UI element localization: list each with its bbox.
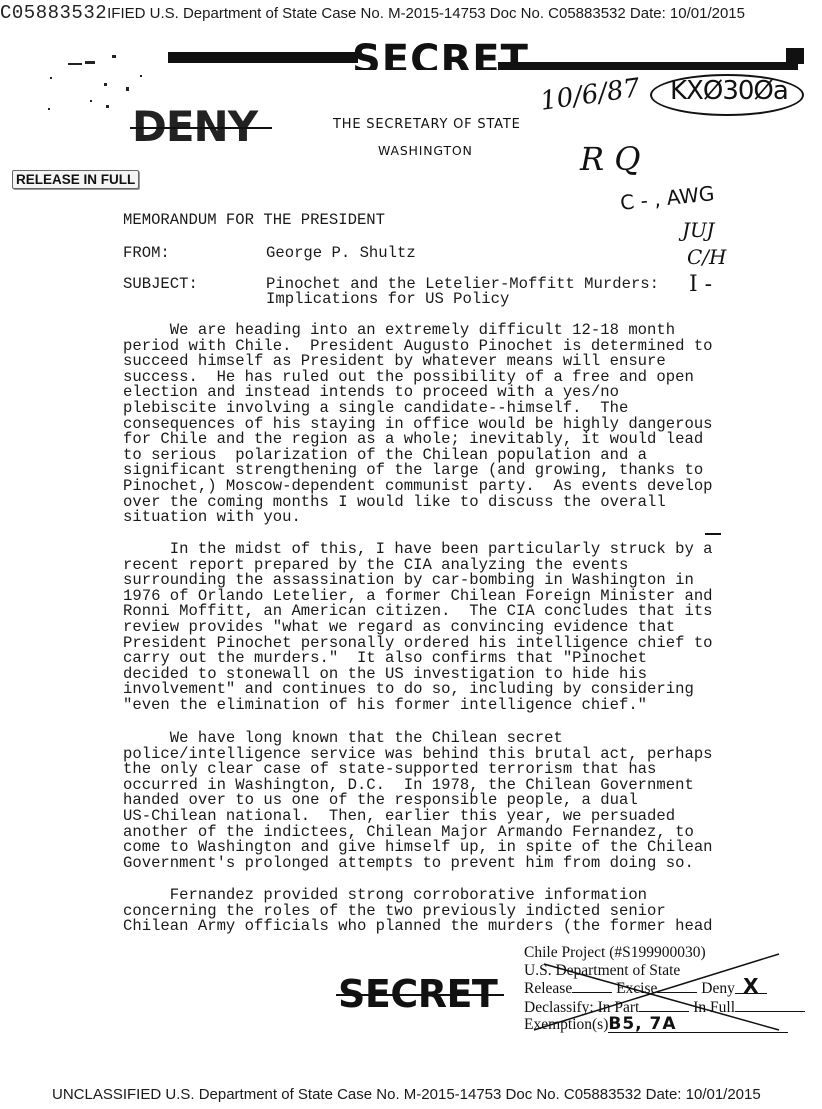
redaction-bar-corner (786, 48, 804, 64)
redaction-bar-left (168, 52, 358, 63)
body-line: "even the elimination of his former inte… (123, 698, 743, 714)
body-line: Government's prolonged attempts to preve… (123, 856, 743, 872)
declassification-header-top: C05883532IFIED U.S. Department of State … (0, 2, 745, 24)
body-line: situation with you. (123, 510, 743, 526)
deny-strikethrough (130, 127, 272, 129)
declassification-header-bottom: UNCLASSIFIED U.S. Department of State Ca… (52, 1086, 761, 1103)
secret-strikethrough (336, 994, 504, 996)
handwritten-routing-4: I - (689, 272, 712, 297)
paragraph-1: We are heading into an extremely difficu… (123, 323, 743, 526)
handwritten-routing-3: C/H (687, 245, 726, 269)
header-top-text: IFIED U.S. Department of State Case No. … (107, 5, 745, 22)
handwritten-routing-1: C - , AWG (619, 181, 715, 215)
paragraph-4: Fernandez provided strong corroborative … (123, 888, 743, 935)
letterhead-city: WASHINGTON (378, 143, 473, 158)
redaction-bar-right (498, 62, 798, 70)
release-in-full-badge: RELEASE IN FULL (12, 170, 139, 189)
subject-label: SUBJECT: (123, 277, 198, 293)
from-label: FROM: (123, 246, 170, 262)
from-value: George P. Shultz (266, 246, 416, 262)
doc-id: C05883532 (0, 2, 107, 24)
review-stamp: Chile Project (#S199900030) U.S. Departm… (524, 944, 794, 1034)
handwritten-routing-2: JUJ (682, 218, 714, 242)
paragraph-2: In the midst of this, I have been partic… (123, 542, 743, 714)
paragraph-3: We have long known that the Chilean secr… (123, 731, 743, 871)
handwritten-initials: R Q (580, 140, 641, 178)
margin-arrow-mark (705, 533, 721, 535)
memo-heading: MEMORANDUM FOR THE PRESIDENT (123, 213, 385, 229)
handwritten-control-number: KXØ30Øa (670, 76, 788, 106)
handwritten-date: 10/6/87 (538, 73, 641, 117)
stamp-cross-out (524, 944, 794, 1034)
body-line: Chilean Army officials who planned the m… (123, 919, 743, 935)
subject-line-2: Implications for US Policy (266, 292, 509, 308)
letterhead-title: THE SECRETARY OF STATE (333, 117, 521, 132)
